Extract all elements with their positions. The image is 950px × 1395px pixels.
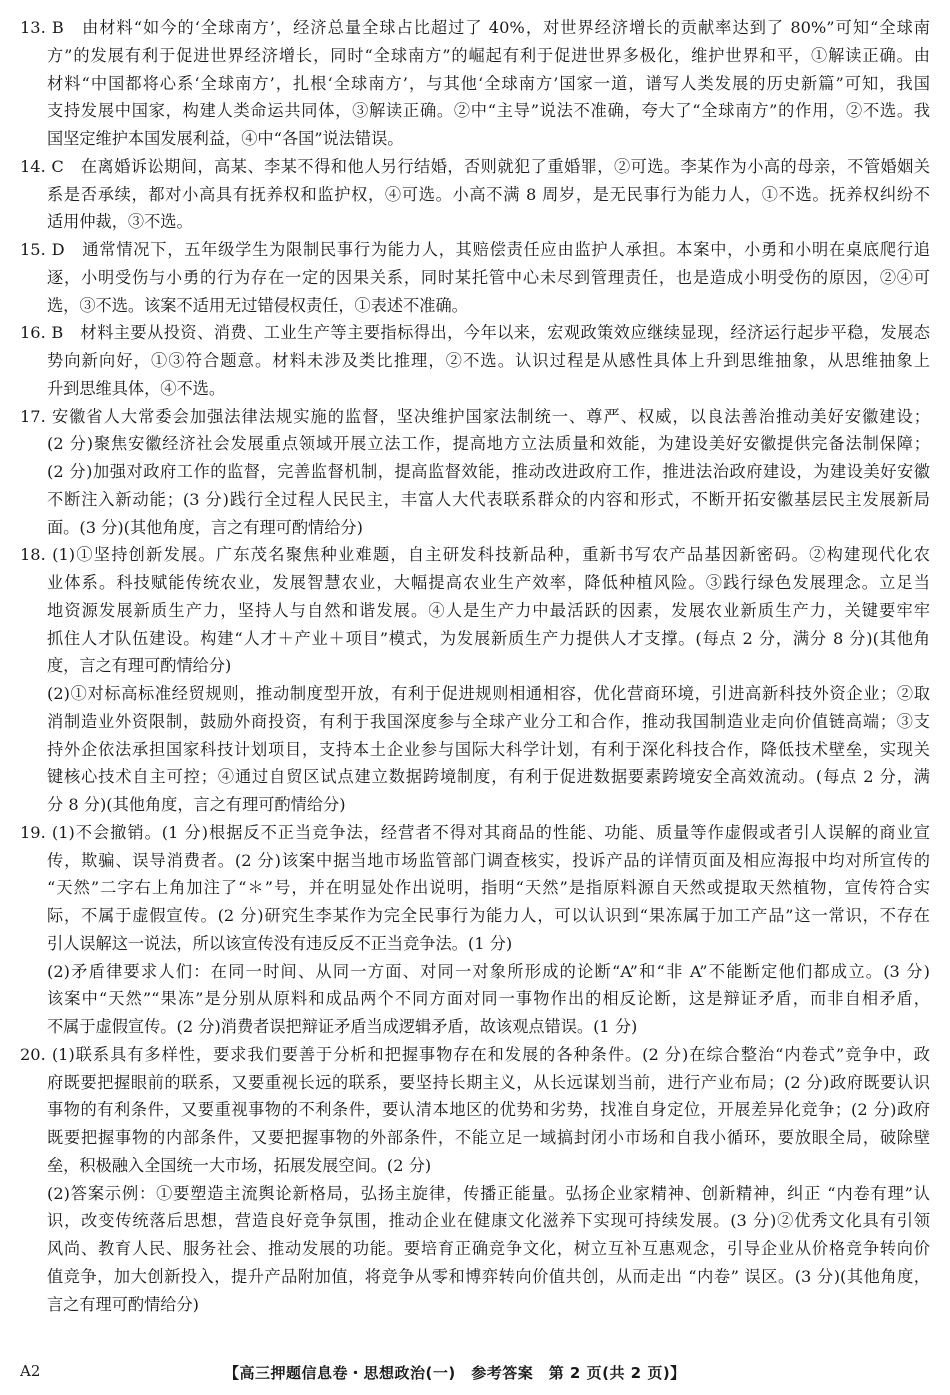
answer-heading-line: 17. 安徽省人大常委会加强法律法规实施的监督，坚决维护国家法制统一、尊严、权威… bbox=[20, 403, 930, 431]
answer-text-line: 持外企依法承担国家科技计划项目，支持本土企业参与国际大科学计划，有利于深化科技合… bbox=[47, 736, 930, 764]
answer-text-line: 府既要把握眼前的联系，又要重视长远的联系，要坚持长期主义，从长远谋划当前，进行产… bbox=[47, 1069, 930, 1097]
answer-text-line: 值竞争，加大创新投入，提升产品附加值，将竞争从零和博弈转向价值共创，从而走出 “… bbox=[47, 1263, 930, 1291]
answer-text-line: (2 分)聚焦安徽经济社会发展重点领域开展立法工作，提高地方立法质量和效能，为建… bbox=[47, 430, 930, 458]
answer-text-line: 材料“中国都将心系‘全球南方’，扎根‘全球南方’，与其他‘全球南方’国家一道，谱… bbox=[47, 70, 930, 98]
answer-text-line: 消制造业外资限制，鼓励外商投资，有利于我国深度参与全球产业分工和合作，推动我国制… bbox=[47, 708, 930, 736]
answer-heading-line: (2)矛盾律要求人们：在同一时间、从同一方面、对同一对象所形成的论断“A”和“非… bbox=[47, 958, 930, 986]
answer-text-line: 键核心技术自主可控；④通过自贸区试点建立数据跨境制度，有利于促进数据要素跨境安全… bbox=[47, 763, 930, 791]
answer-text-line: 传，欺骗、误导消费者。(2 分)该案中据当地市场监管部门调查核实，投诉产品的详情… bbox=[47, 847, 930, 875]
answer-text-line: 面。(3 分)(其他角度，言之有理可酌情给分) bbox=[47, 514, 930, 542]
answer-text-line: 事物的有利条件，又要重视事物的不利条件，要认清本地区的优势和劣势，找准自身定位，… bbox=[47, 1096, 930, 1124]
answer-heading-line: 16. B 材料主要从投资、消费、工业生产等主要指标得出，今年以来，宏观政策效应… bbox=[20, 319, 930, 347]
answer-heading-line: 19. (1)不会撤销。(1 分)根据反不正当竞争法，经营者不得对其商品的性能、… bbox=[20, 819, 930, 847]
answer-text-line: 势向新向好，①③符合题意。材料未涉及类比推理，②不选。认识过程是从感性具体上升到… bbox=[47, 347, 930, 375]
answer-heading-line: 18. (1)①坚持创新发展。广东茂名聚焦种业难题，自主研发科技新品种，重新书写… bbox=[20, 541, 930, 569]
answer-text-line: 垒，积极融入全国统一大市场，拓展发展空间。(2 分) bbox=[47, 1152, 930, 1180]
answer-text-line: 支持发展中国家，构建人类命运共同体，③解读正确。②中“主导”说法不准确，夸大了“… bbox=[47, 97, 930, 125]
page-footer: A2 【高三押题信息卷・思想政治(一) 参考答案 第 2 页(共 2 页)】 bbox=[0, 1376, 950, 1395]
answer-text-line: 度，言之有理可酌情给分) bbox=[47, 652, 930, 680]
answer-text-line: 既要把握事物的内部条件，又要把握事物的外部条件，不能立足一域搞封闭小市场和自我小… bbox=[47, 1124, 930, 1152]
answer-text-line: 国坚定维护本国发展利益，④中“各国”说法错误。 bbox=[47, 125, 930, 153]
answer-text-line: 际，不属于虚假宣传。(2 分)研究生李某作为完全民事行为能力人，可以认识到“果冻… bbox=[47, 902, 930, 930]
answer-text-line: 分 8 分)(其他角度，言之有理可酌情给分) bbox=[47, 791, 930, 819]
answer-text-line: (2 分)加强对政府工作的监督，完善监督机制，提高监督效能，推动改进政府工作，推… bbox=[47, 458, 930, 486]
answer-text-line: 抓住人才队伍建设。构建“人才＋产业＋项目”模式，为发展新质生产力提供人才支撑。(… bbox=[47, 625, 930, 653]
answer-text-line: 适用仲裁，③不选。 bbox=[47, 208, 930, 236]
answer-text-line: 风尚、教育人民、服务社会、推动发展的功能。要培育正确竞争文化，树立互补互惠观念，… bbox=[47, 1235, 930, 1263]
answer-heading-line: (2)①对标高标准经贸规则，推动制度型开放，有利于促进规则相通相容，优化营商环境… bbox=[47, 680, 930, 708]
answer-text-line: 逐，小明受伤与小勇的行为存在一定的因果关系，同时某托管中心未尽到管理责任，也是造… bbox=[47, 264, 930, 292]
answer-heading-line: 20. (1)联系具有多样性，要求我们要善于分析和把握事物存在和发展的各种条件。… bbox=[20, 1041, 930, 1069]
answer-text-line: 方”的发展有利于促进世界经济增长，同时“全球南方”的崛起有利于促进世界多极化，维… bbox=[47, 42, 930, 70]
answer-heading-line: 14. C 在离婚诉讼期间，高某、李某不得和他人另行结婚，否则就犯了重婚罪，②可… bbox=[20, 153, 930, 181]
answer-text-line: 言之有理可酌情给分) bbox=[47, 1291, 930, 1319]
answer-text-line: 业体系。科技赋能传统农业，发展智慧农业，大幅提高农业生产效率，降低种植风险。③践… bbox=[47, 569, 930, 597]
answer-text-line: 系是否承续，都对小高具有抚养权和监护权，④可选。小高不满 8 周岁，是无民事行为… bbox=[47, 181, 930, 209]
answer-text-line: 选，③不选。该案不适用无过错侵权责任，①表述不准确。 bbox=[47, 292, 930, 320]
answer-text-line: 地资源发展新质生产力，坚持人与自然和谐发展。④人是生产力中最活跃的因素，发展农业… bbox=[47, 597, 930, 625]
answer-text-line: “天然”二字右上角加注了“＊”号，并在明显处作出说明，指明“天然”是指原料源自天… bbox=[47, 874, 930, 902]
answer-text-line: 不断注入新动能；(3 分)践行全过程人民民主，丰富人大代表联系群众的内容和形式，… bbox=[47, 486, 930, 514]
answer-text-line: 不属于虚假宣传。(2 分)消费者误把辩证矛盾当成逻辑矛盾，故该观点错误。(1 分… bbox=[47, 1013, 930, 1041]
answer-heading-line: (2)答案示例：①要塑造主流舆论新格局，弘扬主旋律，传播正能量。弘扬企业家精神、… bbox=[47, 1180, 930, 1208]
footer-title: 【高三押题信息卷・思想政治(一) 参考答案 第 2 页(共 2 页)】 bbox=[224, 1362, 686, 1383]
answer-text-line: 识，改变传统落后思想，营造良好竞争氛围，推动企业在健康文化滋养下实现可持续发展。… bbox=[47, 1207, 930, 1235]
answer-heading-line: 15. D 通常情况下，五年级学生为限制民事行为能力人，其赔偿责任应由监护人承担… bbox=[20, 236, 930, 264]
answer-text-line: 升到思维具体，④不选。 bbox=[47, 375, 930, 403]
answer-text-line: 该案中“天然”“果冻”是分别从原料和成品两个不同方面对同一事物作出的相反论断，这… bbox=[47, 985, 930, 1013]
answer-text-line: 引人误解这一说法，所以该宣传没有违反反不正当竞争法。(1 分) bbox=[47, 930, 930, 958]
paper-code: A2 bbox=[20, 1362, 40, 1380]
answer-heading-line: 13. B 由材料“如今的‘全球南方’，经济总量全球占比超过了 40%，对世界经… bbox=[20, 14, 930, 42]
